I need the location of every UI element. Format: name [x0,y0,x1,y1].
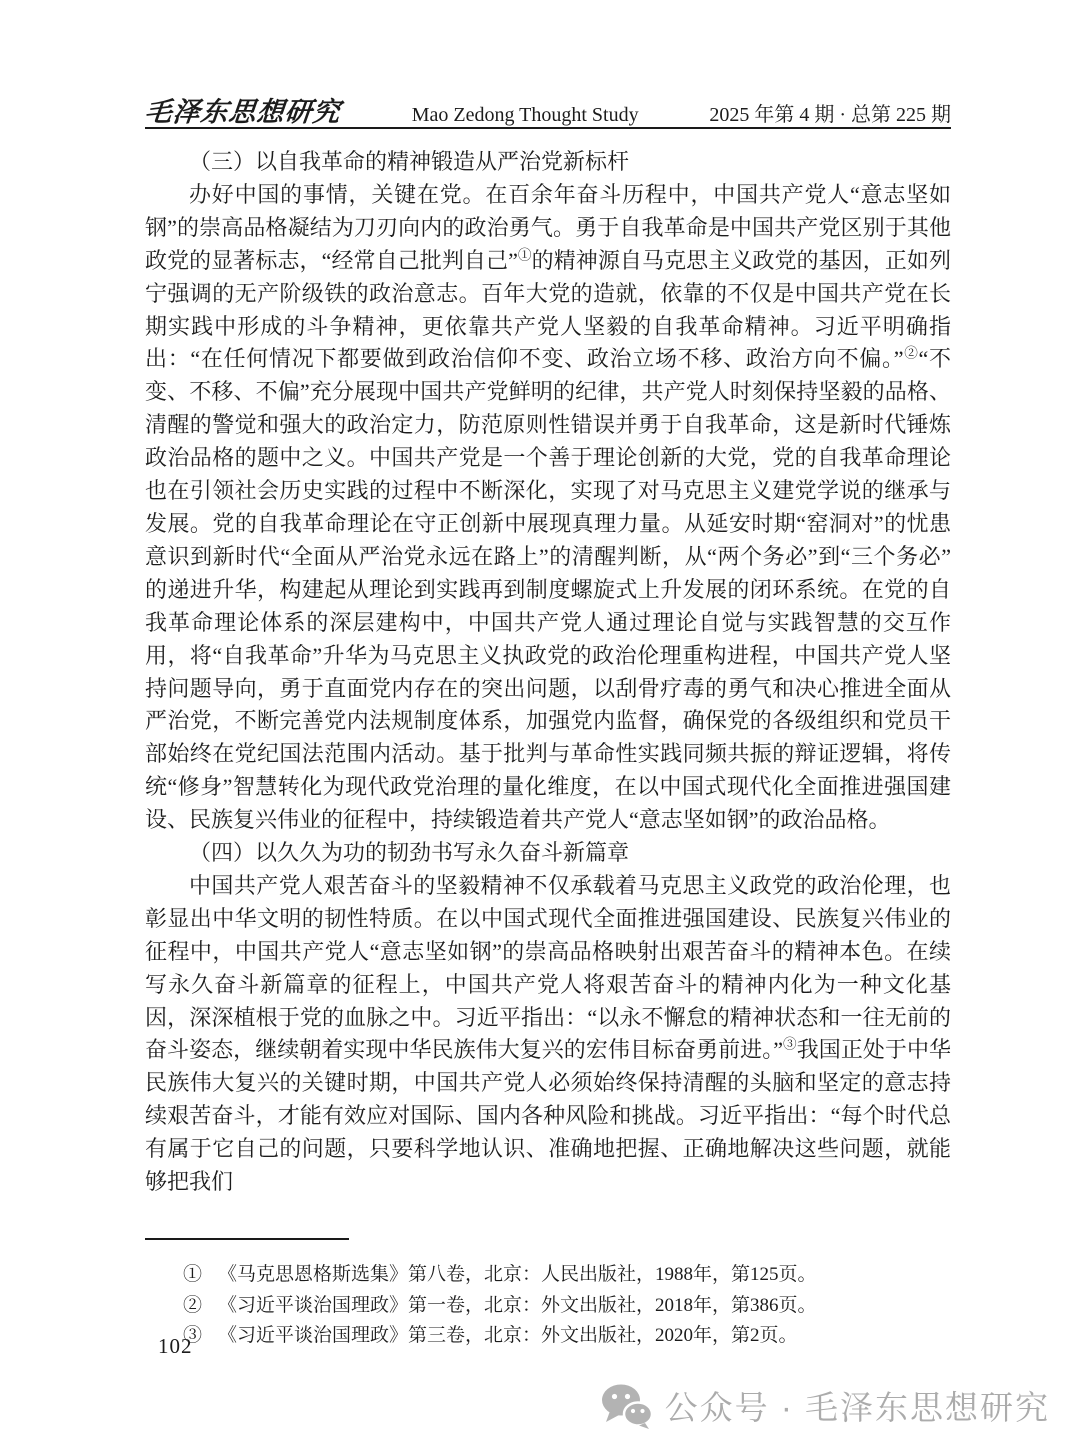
footnote-separator-rule [145,1238,349,1240]
page-number: 102 [158,1334,193,1359]
footnote-item: ①《马克思恩格斯选集》第八卷，北京：人民出版社，1988年，第125页。 [183,1260,943,1291]
journal-logo-calligraphy: 毛泽东思想研究 [143,90,343,129]
article-body: （三）以自我革命的精神锻造从严治党新标杆 办好中国的事情，关键在党。在百余年奋斗… [145,146,951,1199]
footnote-marker: ① [183,1260,202,1291]
footnote-text: 《习近平谈治国理政》第三卷，北京：外文出版社，2020年，第2页。 [218,1325,798,1346]
watermark-bar: 公众号 · 毛泽东思想研究 [601,1382,1050,1429]
footnote-list: ①《马克思恩格斯选集》第八卷，北京：人民出版社，1988年，第125页。 ②《习… [183,1260,943,1352]
wechat-icon [601,1383,653,1429]
journal-title-english: Mao Zedong Thought Study [412,104,639,129]
issue-info: 2025 年第 4 期 · 总第 225 期 [709,98,951,129]
watermark-text: 公众号 · 毛泽东思想研究 [665,1382,1050,1429]
page-header: 毛泽东思想研究 Mao Zedong Thought Study 2025 年第… [145,90,951,129]
journal-page: 毛泽东思想研究 Mao Zedong Thought Study 2025 年第… [0,0,1080,1454]
footnote-text: 《习近平谈治国理政》第一卷，北京：外文出版社，2018年，第386页。 [218,1295,817,1316]
section-paragraph-3: 办好中国的事情，关键在党。在百余年奋斗历程中，中国共产党人“意志坚如钢”的崇高品… [145,179,951,837]
footnote-item: ③《习近平谈治国理政》第三卷，北京：外文出版社，2020年，第2页。 [183,1321,943,1352]
footnote-item: ②《习近平谈治国理政》第一卷，北京：外文出版社，2018年，第386页。 [183,1291,943,1322]
section-heading-4: （四）以久久为功的韧劲书写永久奋斗新篇章 [145,837,951,870]
section-heading-3: （三）以自我革命的精神锻造从严治党新标杆 [145,146,951,179]
footnote-marker: ② [183,1291,202,1322]
header-divider-rule [145,127,951,129]
section-paragraph-4: 中国共产党人艰苦奋斗的坚毅精神不仅承载着马克思主义政党的政治伦理，也彰显出中华文… [145,870,951,1199]
footnote-text: 《马克思恩格斯选集》第八卷，北京：人民出版社，1988年，第125页。 [218,1264,817,1285]
